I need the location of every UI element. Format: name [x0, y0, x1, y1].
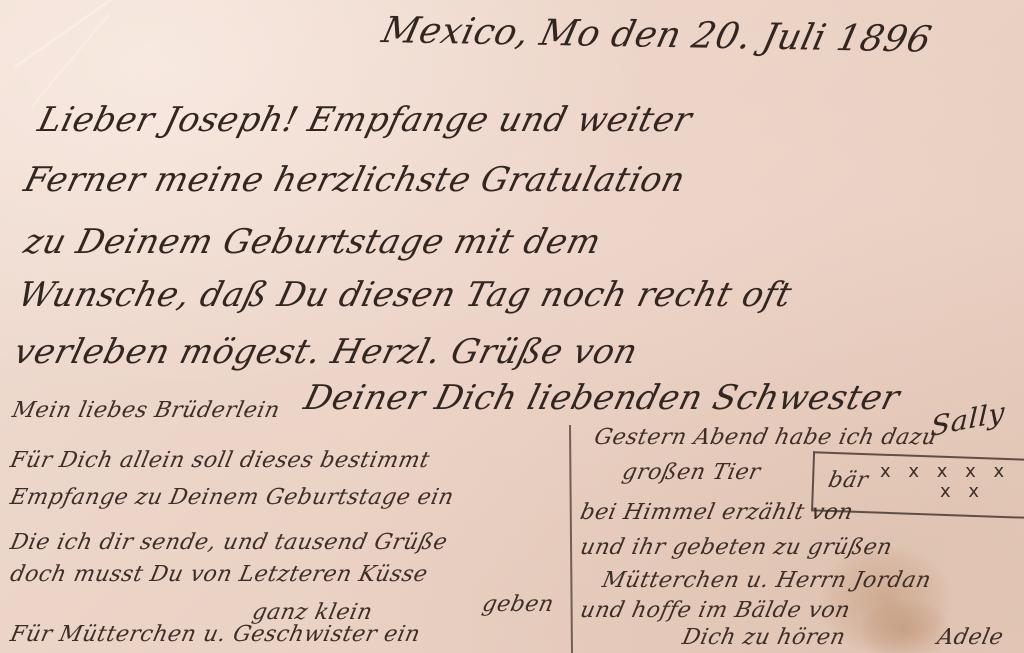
greeting-line: Lieber Joseph! Empfange und weiter — [34, 100, 696, 140]
message-line: Für Mütterchen u. Geschwister ein — [8, 622, 423, 647]
signature: Adele — [935, 625, 1006, 650]
boxed-word: bär — [826, 468, 871, 493]
tally-marks: x x x x x x x — [880, 462, 1010, 502]
column-divider — [569, 425, 573, 653]
message-line: und hoffe im Bälde von — [578, 598, 853, 623]
message-line: Für Dich allein soll dieses bestimmt — [8, 448, 432, 473]
message-line: großen Tier — [620, 460, 763, 485]
tally-row: x x — [880, 482, 1010, 502]
signature: Sally — [930, 396, 1005, 443]
message-line: doch musst Du von Letzteren Küsse — [8, 562, 430, 587]
postcard: Mexico, Mo den 20. Juli 1896 Lieber Jose… — [0, 0, 1024, 653]
closing-line: Deiner Dich liebenden Schwester — [300, 378, 904, 418]
message-line: geben — [480, 592, 556, 617]
message-line: Mein liebes Brüderlein — [10, 398, 282, 423]
message-line: Ferner meine herzlichste Gratulation — [20, 160, 689, 200]
message-line: verleben mögest. Herzl. Grüße von — [10, 332, 642, 372]
message-line: zu Deinem Geburtstage mit dem — [20, 222, 605, 262]
message-line: Empfange zu Deinem Geburtstage ein — [8, 485, 456, 510]
message-line: Die ich dir sende, und tausend Grüße — [8, 530, 450, 555]
message-line: und ihr gebeten zu grüßen — [578, 535, 895, 560]
message-line: Dich zu hören — [680, 625, 848, 650]
paper-crease — [14, 0, 147, 69]
message-line: bei Himmel erzählt von — [578, 500, 856, 525]
message-line: Mütterchen u. Herrn Jordan — [600, 568, 933, 593]
message-line: Wunsche, daß Du diesen Tag noch recht of… — [14, 275, 796, 315]
tally-row: x x x x x — [880, 462, 1010, 482]
dateline: Mexico, Mo den 20. Juli 1896 — [378, 10, 935, 61]
message-line: Gestern Abend habe ich dazu — [592, 425, 939, 450]
